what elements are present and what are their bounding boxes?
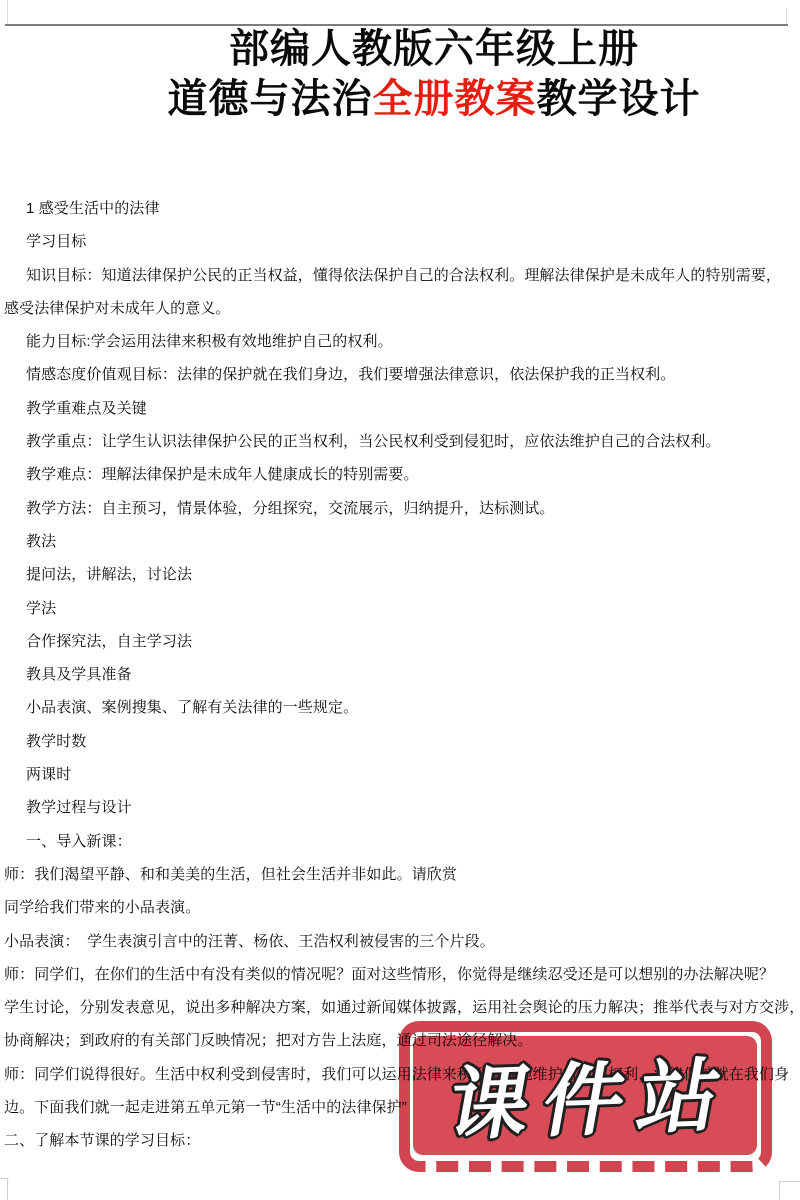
text-boundary-mark (779, 1181, 780, 1200)
text-line: 教学过程与设计 (4, 791, 798, 824)
text-line: 知识目标：知道法律保护公民的正当权益，懂得依法保护自己的合法权利。理解法律保护是… (4, 259, 798, 292)
text-line: 一、导入新课： (4, 825, 798, 858)
text-line: 1 感受生活中的法律 (4, 192, 798, 225)
title-segment-red: 全册教案 (373, 76, 537, 121)
text-line: 教学难点：理解法律保护是未成年人健康成长的特别需要。 (4, 458, 798, 491)
document-page: 部编人教版六年级上册 道德与法治全册教案教学设计 1 感受生活中的法律学习目标知… (0, 0, 800, 1200)
text-line: 同学给我们带来的小品表演。 (4, 891, 798, 924)
text-line: 教具及学具准备 (4, 658, 798, 691)
text-boundary-mark (7, 1178, 8, 1200)
doc-title: 部编人教版六年级上册 道德与法治全册教案教学设计 (68, 24, 800, 124)
text-line: 小品表演： 学生表演引言中的汪菁、杨依、王浩权利被侵害的三个片段。 (4, 925, 798, 958)
text-line: 教法 (4, 525, 798, 558)
stamp-character: 课 (440, 1038, 541, 1156)
courseware-station-stamp: 课件站 (399, 1021, 772, 1172)
text-boundary-mark (779, 1181, 800, 1182)
document-body: 1 感受生活中的法律学习目标知识目标：知道法律保护公民的正当权益，懂得依法保护自… (4, 192, 798, 1158)
text-line: 感受法律保护对未成年人的意义。 (4, 292, 798, 325)
text-line: 师：同学们，在你们的生活中有没有类似的情况呢？面对这些情形，你觉得是继续忍受还是… (4, 958, 798, 991)
text-line: 教学重难点及关键 (4, 392, 798, 425)
text-line: 师：我们渴望平静、和和美美的生活，但社会生活并非如此。请欣赏 (4, 858, 798, 891)
doc-title-line-1: 部编人教版六年级上册 (68, 24, 800, 74)
text-line: 教学重点：让学生认识法律保护公民的正当权利，当公民权利受到侵犯时，应依法维护自己… (4, 425, 798, 458)
stamp-text: 课件站 (385, 1015, 786, 1173)
text-line: 情感态度价值观目标：法律的保护就在我们身边，我们要增强法律意识，依法保护我的正当… (4, 358, 798, 391)
text-line: 两课时 (4, 758, 798, 791)
text-line: 学法 (4, 592, 798, 625)
stamp-character: 站 (630, 1031, 731, 1149)
text-line: 小品表演、案例搜集、了解有关法律的一些规定。 (4, 691, 798, 724)
text-boundary-mark (7, 0, 8, 24)
text-line: 能力目标:学会运用法律来积极有效地维护自己的权利。 (4, 325, 798, 358)
text-boundary-mark (786, 8, 787, 24)
text-line: 合作探究法，自主学习法 (4, 625, 798, 658)
text-line: 提问法，讲解法，讨论法 (4, 558, 798, 591)
stamp-character: 件 (535, 1035, 636, 1153)
text-line: 学习目标 (4, 225, 798, 258)
title-segment-black: 道德与法治 (168, 76, 373, 121)
title-segment-black: 教学设计 (537, 76, 701, 121)
doc-title-line-2: 道德与法治全册教案教学设计 (68, 74, 800, 124)
text-line: 教学时数 (4, 725, 798, 758)
text-line: 教学方法：自主预习，情景体验，分组探究，交流展示，归纳提升，达标测试。 (4, 492, 798, 525)
